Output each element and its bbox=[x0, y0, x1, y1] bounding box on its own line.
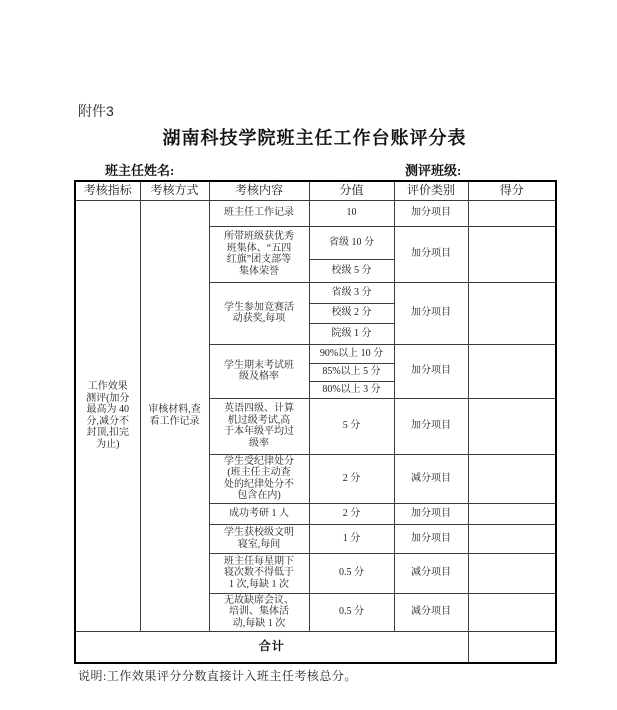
teacher-name-label: 班主任姓名: bbox=[105, 160, 174, 179]
score-cell-9: 0.5 分 bbox=[309, 553, 394, 593]
result-cell-10 bbox=[468, 593, 556, 631]
score-cell-2b: 校级 5 分 bbox=[309, 259, 394, 282]
score-cell-8: 1 分 bbox=[309, 524, 394, 553]
total-label-cell: 合计 bbox=[75, 631, 468, 663]
score-cell-4a: 90%以上 10 分 bbox=[309, 344, 394, 363]
score-cell-7: 2 分 bbox=[309, 503, 394, 524]
document-page: 附件3 湖南科技学院班主任工作台账评分表 班主任姓名: 测评班级: 考核指标 考… bbox=[0, 0, 617, 710]
class-name-label: 测评班级: bbox=[405, 160, 461, 179]
category-cell-5: 加分项目 bbox=[394, 398, 468, 454]
score-cell-10: 0.5 分 bbox=[309, 593, 394, 631]
category-cell-9: 减分项目 bbox=[394, 553, 468, 593]
category-cell-8: 加分项目 bbox=[394, 524, 468, 553]
indicator-cell: 工作效果测评(加分最高为 40 分,减分不封顶,扣完为止) bbox=[75, 200, 140, 631]
content-cell-1: 班主任工作记录 bbox=[209, 200, 309, 226]
result-cell-2 bbox=[468, 226, 556, 282]
content-cell-9: 班主任每星期下寝次数不得低于 1 次,每缺 1 次 bbox=[209, 553, 309, 593]
content-cell-5: 英语四级、计算机过级考试,高于本年级平均过级率 bbox=[209, 398, 309, 454]
col-header-result: 得分 bbox=[468, 181, 556, 200]
result-cell-8 bbox=[468, 524, 556, 553]
score-cell-3b: 校级 2 分 bbox=[309, 303, 394, 323]
result-cell-4 bbox=[468, 344, 556, 398]
header-row: 考核指标 考核方式 考核内容 分值 评价类别 得分 bbox=[75, 181, 556, 200]
result-cell-1 bbox=[468, 200, 556, 226]
category-cell-1: 加分项目 bbox=[394, 200, 468, 226]
score-cell-4c: 80%以上 3 分 bbox=[309, 381, 394, 398]
col-header-category: 评价类别 bbox=[394, 181, 468, 200]
result-cell-7 bbox=[468, 503, 556, 524]
content-cell-2: 所带班级获优秀班集体、“五四红旗”团支部等集体荣誉 bbox=[209, 226, 309, 282]
category-cell-2: 加分项目 bbox=[394, 226, 468, 282]
content-cell-10: 无故缺席会议、培训、集体活动,每缺 1 次 bbox=[209, 593, 309, 631]
category-cell-4: 加分项目 bbox=[394, 344, 468, 398]
category-cell-7: 加分项目 bbox=[394, 503, 468, 524]
category-cell-10: 减分项目 bbox=[394, 593, 468, 631]
score-cell-3c: 院级 1 分 bbox=[309, 323, 394, 344]
content-cell-7: 成功考研 1 人 bbox=[209, 503, 309, 524]
attachment-label: 附件3 bbox=[78, 101, 114, 121]
total-row: 合计 bbox=[75, 631, 556, 663]
score-cell-4b: 85%以上 5 分 bbox=[309, 363, 394, 381]
labels-row: 班主任姓名: 测评班级: bbox=[74, 160, 555, 176]
result-cell-6 bbox=[468, 454, 556, 503]
col-header-indicator: 考核指标 bbox=[75, 181, 140, 200]
note-text: 说明:工作效果评分分数直接计入班主任考核总分。 bbox=[78, 667, 357, 684]
content-cell-3: 学生参加竞赛活动获奖,每项 bbox=[209, 282, 309, 344]
table-row: 工作效果测评(加分最高为 40 分,减分不封顶,扣完为止) 审核材料,查看工作记… bbox=[75, 200, 556, 226]
content-cell-4: 学生期末考试班级及格率 bbox=[209, 344, 309, 398]
score-table: 考核指标 考核方式 考核内容 分值 评价类别 得分 工作效果测评(加分最高为 4… bbox=[74, 180, 557, 664]
score-cell-5: 5 分 bbox=[309, 398, 394, 454]
content-cell-6: 学生受纪律处分(班主任主动查处的纪律处分不包含在内) bbox=[209, 454, 309, 503]
score-cell-2a: 省级 10 分 bbox=[309, 226, 394, 259]
result-cell-5 bbox=[468, 398, 556, 454]
content-cell-8: 学生获校级文明寝室,每间 bbox=[209, 524, 309, 553]
score-cell-3a: 省级 3 分 bbox=[309, 282, 394, 303]
category-cell-6: 减分项目 bbox=[394, 454, 468, 503]
col-header-method: 考核方式 bbox=[140, 181, 209, 200]
score-cell-6: 2 分 bbox=[309, 454, 394, 503]
col-header-score: 分值 bbox=[309, 181, 394, 200]
category-cell-3: 加分项目 bbox=[394, 282, 468, 344]
document-title: 湖南科技学院班主任工作台账评分表 bbox=[74, 124, 555, 150]
result-cell-9 bbox=[468, 553, 556, 593]
result-cell-3 bbox=[468, 282, 556, 344]
total-result-cell bbox=[468, 631, 556, 663]
col-header-content: 考核内容 bbox=[209, 181, 309, 200]
method-cell: 审核材料,查看工作记录 bbox=[140, 200, 209, 631]
score-cell-1: 10 bbox=[309, 200, 394, 226]
